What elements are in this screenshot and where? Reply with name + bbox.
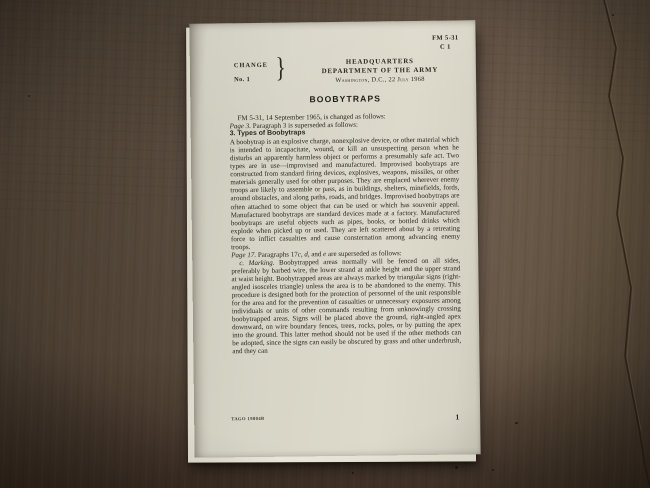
place-date-line: Washington, D.C., 22 July 1968: [294, 74, 466, 85]
document-page: FM 5-31 C 1 CHANGE No. 1 } HEADQUARTERS …: [189, 20, 480, 457]
fm-number-stamp: FM 5-31 C 1: [432, 34, 459, 52]
wood-speck: [352, 472, 354, 474]
wood-speck: [492, 469, 494, 471]
types-paragraph: A boobytrap is an explosive charge, none…: [230, 136, 460, 251]
change-code: C 1: [432, 43, 459, 52]
page17-label: Page 17.: [231, 251, 256, 259]
booklet: FM 5-31 C 1 CHANGE No. 1 } HEADQUARTERS …: [189, 20, 480, 457]
tago-print-code: TAGO 19804B: [231, 416, 264, 421]
wood-crack: [592, 0, 650, 488]
change-number: No. 1: [234, 76, 250, 83]
document-body: FM 5-31, 14 September 1965, is changed a…: [229, 111, 461, 355]
masthead: CHANGE No. 1 } HEADQUARTERS DEPARTMENT O…: [190, 56, 476, 97]
marking-paragraph: c. Marking. Boobytrapped areas normally …: [231, 256, 461, 355]
brace-glyph: }: [275, 55, 285, 83]
wood-speck: [612, 14, 614, 16]
wood-speck: [455, 466, 458, 469]
document-title: BOOBYTRAPS: [230, 92, 460, 105]
photo-background: FM 5-31 C 1 CHANGE No. 1 } HEADQUARTERS …: [0, 0, 650, 488]
wood-speck: [28, 95, 30, 97]
change-label: CHANGE: [234, 62, 268, 69]
fm-number: FM 5-31: [432, 34, 459, 43]
wood-speck: [515, 422, 518, 424]
page3-label: Page 3.: [230, 122, 251, 130]
marking-text: Boobytrapped areas normally will be fenc…: [231, 256, 461, 355]
headquarters-block: HEADQUARTERS DEPARTMENT OF THE ARMY Wash…: [294, 56, 466, 85]
page17-sep-2: , and: [308, 250, 323, 258]
page-number: 1: [455, 412, 459, 421]
